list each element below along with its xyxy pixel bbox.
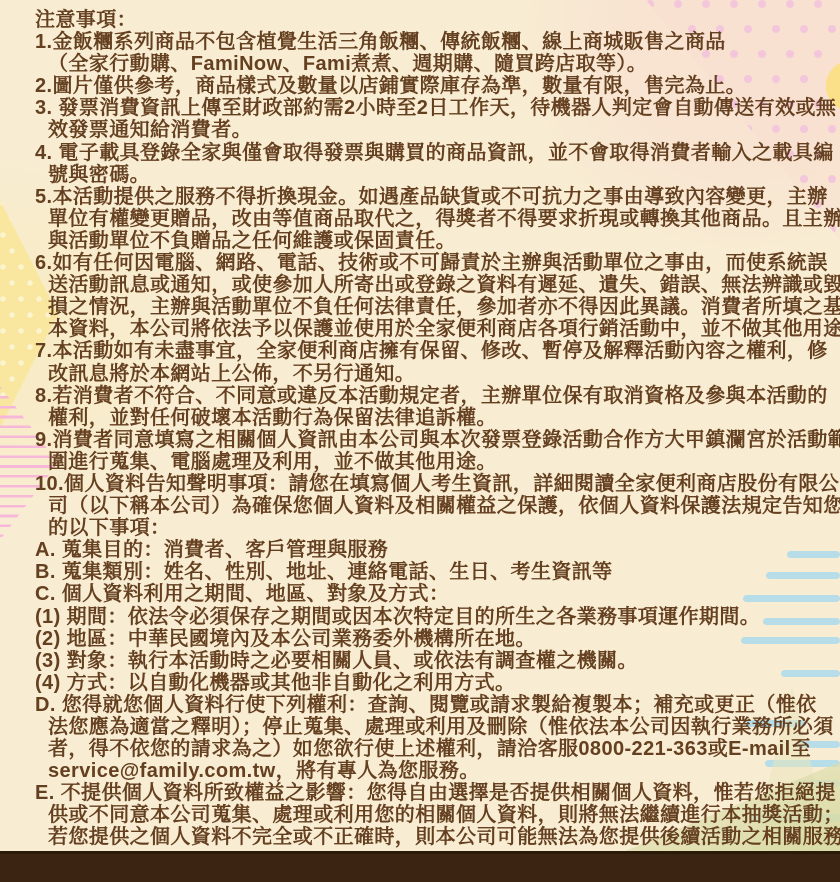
note-item-b: B. 蒐集類別：姓名、性別、地址、連絡電話、生日、考生資訊等: [35, 561, 835, 583]
page-title: 注意事項：: [35, 9, 835, 31]
note-item-c: C. 個人資料利用之期間、地區、對象及方式：: [35, 583, 835, 605]
note-item-c2: (2) 地區：中華民國境內及本公司業務委外機構所在地。: [35, 628, 835, 650]
note-item-2: 2.圖片僅供參考，商品樣式及數量以店鋪實際庫存為準，數量有限，售完為止。: [35, 75, 835, 97]
note-item-d: D. 您得就您個人資料行使下列權利：查詢、閱覽或請求製給複製本；補充或更正（惟依…: [35, 694, 835, 782]
note-item-9: 9.消費者同意填寫之相關個人資訊由本公司與本次發票登錄活動合作方大甲鎮瀾宮於活動…: [35, 429, 835, 473]
note-item-3: 3. 發票消費資訊上傳至財政部約需2小時至2日工作天，待機器人判定會自動傳送有效…: [35, 97, 835, 141]
note-item-c1: (1) 期間：依法令必須保存之期間或因本次特定目的所生之各業務事項運作期間。: [35, 606, 835, 628]
note-item-c4: (4) 方式：以自動化機器或其他非自動化之利用方式。: [35, 672, 835, 694]
note-item-e: E. 不提供個人資料所致權益之影響：您得自由選擇是否提供相關個人資料，惟若您拒絕…: [35, 782, 835, 848]
terms-page: 注意事項： 1.金飯糰系列商品不包含植覺生活三角飯糰、傳統飯糰、線上商城販售之商…: [0, 0, 840, 882]
note-item-1: 1.金飯糰系列商品不包含植覺生活三角飯糰、傳統飯糰、線上商城販售之商品 （全家行…: [35, 31, 835, 75]
note-item-c3: (3) 對象：執行本活動時之必要相關人員、或依法有調查權之機關。: [35, 650, 835, 672]
note-item-5: 5.本活動提供之服務不得折換現金。如遇產品缺貨或不可抗力之事由導致內容變更，主辦…: [35, 186, 835, 252]
note-item-8: 8.若消費者不符合、不同意或違反本活動規定者，主辦單位保有取消資格及參與本活動的…: [35, 385, 835, 429]
note-item-4: 4. 電子載具登錄全家與僅會取得發票與購買的商品資訊，並不會取得消費者輸入之載具…: [35, 142, 835, 186]
note-item-7: 7.本活動如有未盡事宜，全家便利商店擁有保留、修改、暫停及解釋活動內容之權利，修…: [35, 340, 835, 384]
note-item-a: A. 蒐集目的：消費者、客戶管理與服務: [35, 539, 835, 561]
notes-section: 注意事項： 1.金飯糰系列商品不包含植覺生活三角飯糰、傳統飯糰、線上商城販售之商…: [35, 9, 835, 849]
note-item-10: 10.個人資料告知聲明事項：請您在填寫個人考生資訊，詳細閱讀全家便利商店股份有限…: [35, 473, 835, 539]
footer-bar: [0, 851, 840, 882]
note-item-6: 6.如有任何因電腦、網路、電話、技術或不可歸責於主辦與活動單位之事由，而使系統誤…: [35, 252, 835, 340]
